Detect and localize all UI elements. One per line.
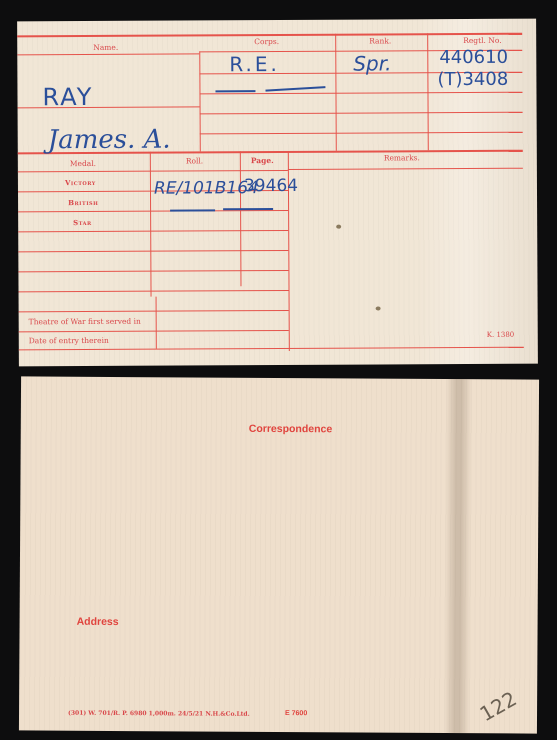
rule xyxy=(18,230,288,233)
medal-index-card-back: Correspondence Address (301) W. 701/R. P… xyxy=(19,376,539,733)
rule xyxy=(18,210,288,213)
rule xyxy=(17,53,199,55)
rule xyxy=(18,270,288,273)
medal-british-label: British xyxy=(68,198,98,207)
page-handwritten: 39464 xyxy=(244,176,298,196)
handwritten-dash xyxy=(170,209,215,211)
paper-fold-shadow xyxy=(444,379,472,733)
rule xyxy=(150,152,152,297)
date-entry-label: Date of entry therein xyxy=(29,336,109,345)
rule xyxy=(18,250,288,253)
surname-handwritten: RAY xyxy=(42,83,93,111)
corps-handwritten: R.E. xyxy=(229,52,280,76)
paper-spot xyxy=(376,306,381,310)
medal-header: Medal. xyxy=(70,159,96,168)
roll-header: Roll. xyxy=(186,156,203,165)
handwritten-dash xyxy=(215,90,255,92)
medal-victory-label: Victory xyxy=(65,178,96,187)
correspondence-title: Correspondence xyxy=(249,423,333,436)
rule xyxy=(19,330,289,333)
forename-handwritten: James. A. xyxy=(48,125,171,156)
handwritten-dash xyxy=(223,208,273,210)
address-label: Address xyxy=(77,616,119,628)
rule xyxy=(199,51,201,151)
regtl-no-handwritten-1: 440610 xyxy=(439,47,508,68)
medal-index-card-front: Name. Corps. Rank. Regtl. No. Medal. Rol… xyxy=(17,19,538,367)
regtl-no-header: Regtl. No. xyxy=(463,36,501,45)
paper-spot xyxy=(336,225,341,229)
rule xyxy=(19,310,289,313)
page-header: Page. xyxy=(251,156,274,165)
rule xyxy=(156,297,158,349)
print-code: E 7600 xyxy=(285,710,307,717)
rule xyxy=(18,170,288,173)
form-number: K. 1380 xyxy=(487,331,515,339)
handwritten-number: 122 xyxy=(476,686,521,726)
theatre-label: Theatre of War first served in xyxy=(29,317,141,327)
remarks-header: Remarks. xyxy=(384,153,420,162)
medal-star-label: Star xyxy=(73,218,92,227)
rank-handwritten: Spr. xyxy=(353,51,391,75)
print-line: (301) W. 701/R. P. 6980 1,000m. 24/5/21 … xyxy=(68,710,250,718)
rule xyxy=(19,290,289,293)
regtl-no-handwritten-2: (T)3408 xyxy=(437,69,508,90)
handwritten-dash xyxy=(265,86,325,91)
name-header: Name. xyxy=(93,43,118,52)
rank-header: Rank. xyxy=(369,36,391,45)
corps-header: Corps. xyxy=(254,37,279,46)
